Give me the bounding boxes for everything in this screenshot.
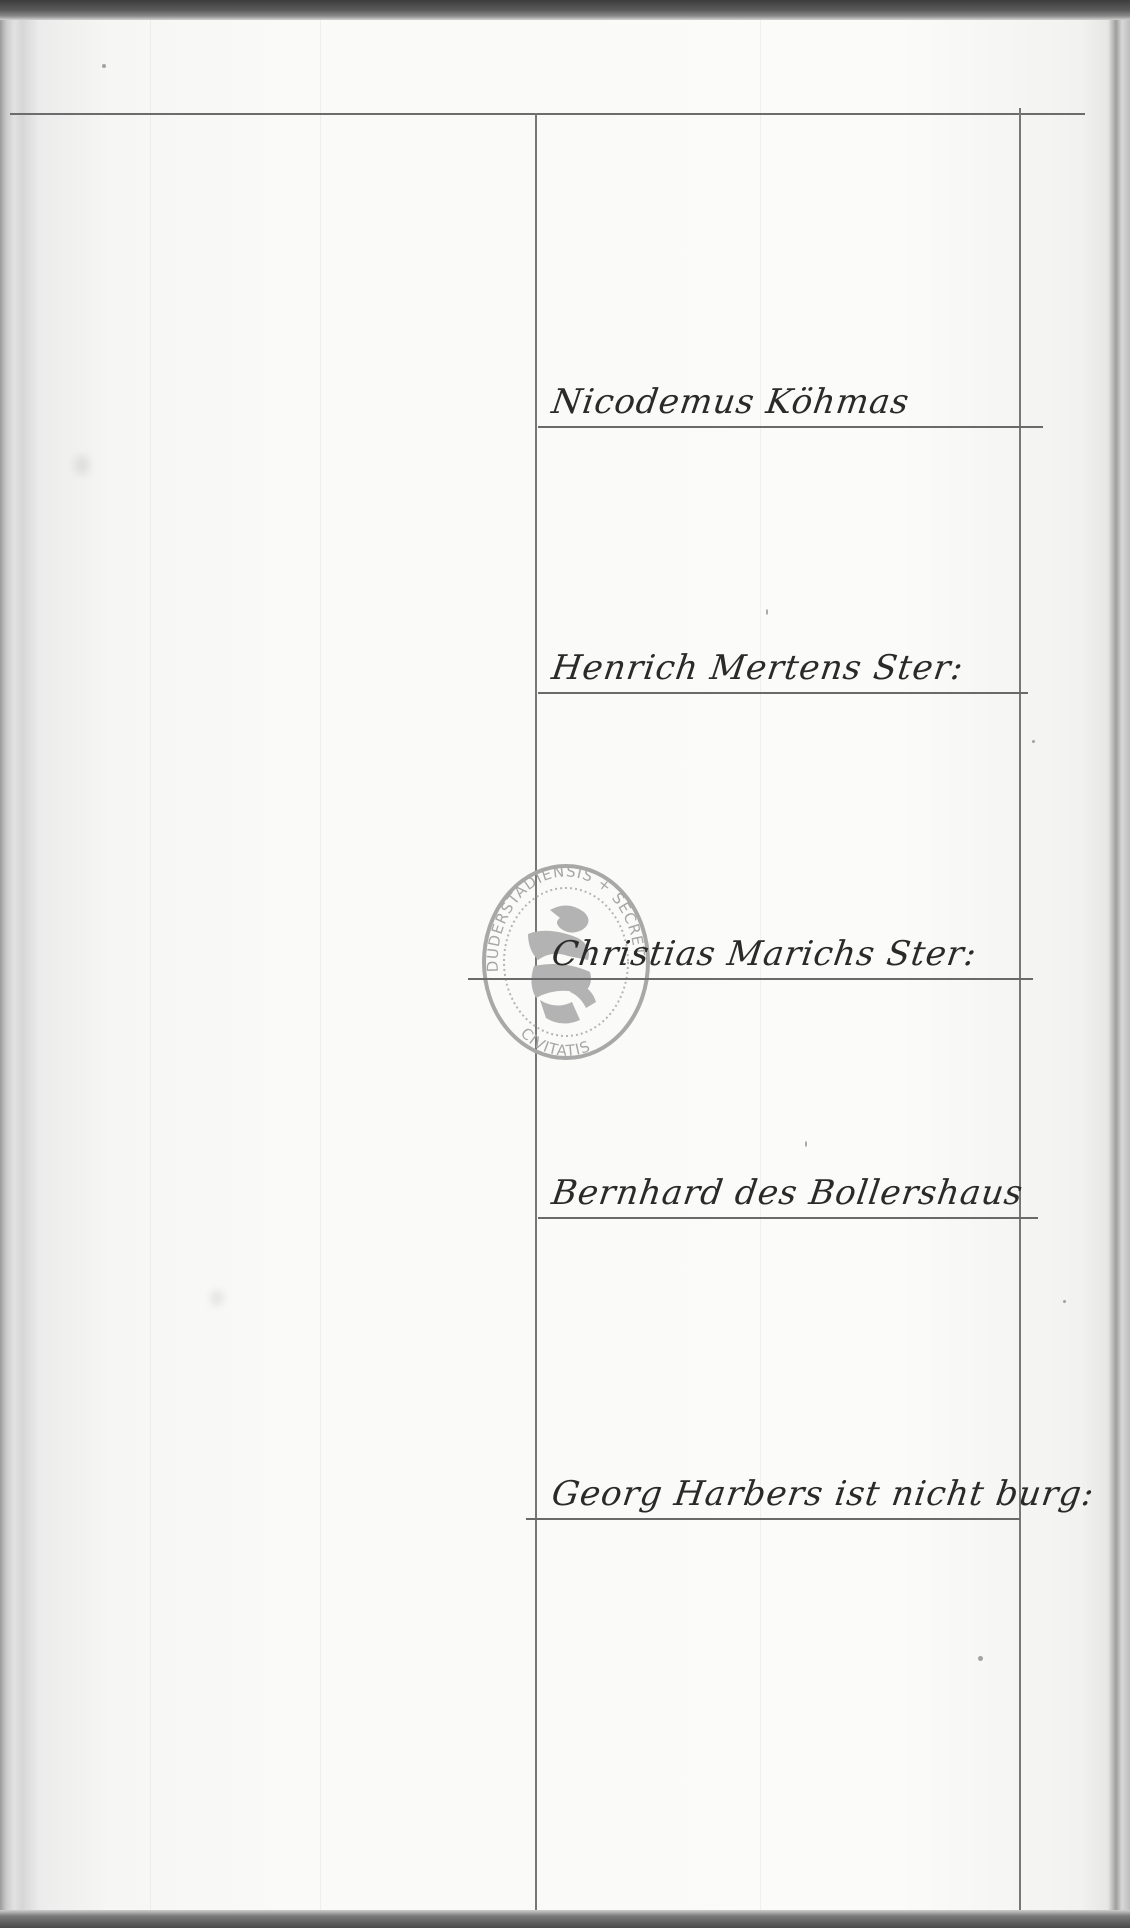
entry-name: Georg Harbers ist nicht burg: — [549, 1474, 1097, 1514]
top-header-rule — [10, 113, 1085, 115]
entry-underline — [538, 426, 1043, 428]
entry-name: Henrich Mertens Ster: — [549, 648, 966, 688]
paper-smudge — [74, 455, 90, 475]
entry-underline — [468, 978, 1033, 980]
entry-name: Bernhard des Bollershaus — [549, 1173, 1026, 1213]
entry-name: Nicodemus Köhmas — [549, 382, 912, 422]
entry-underline — [538, 692, 1028, 694]
paper-speck — [1063, 1300, 1066, 1303]
bottom-edge-shadow — [0, 1910, 1130, 1928]
ledger-entry: Bernhard des Bollershaus — [538, 1161, 1038, 1219]
paper-speck — [978, 1656, 983, 1661]
ledger-entry: Nicodemus Köhmas — [538, 370, 1038, 428]
svg-text:CIVITATIS: CIVITATIS — [517, 1024, 593, 1060]
ledger-entry: Henrich Mertens Ster: — [538, 636, 1038, 694]
paper-speck — [1032, 740, 1035, 743]
top-edge-shadow — [0, 0, 1130, 20]
ledger-entry: Christias Marichs Ster: — [538, 922, 1038, 980]
paper-texture — [320, 20, 321, 1910]
entry-underline — [526, 1518, 1020, 1520]
ledger-entry: Georg Harbers ist nicht burg: — [538, 1462, 1038, 1520]
entry-underline — [538, 1217, 1038, 1219]
paper-texture — [150, 20, 151, 1910]
paper-speck — [805, 1141, 807, 1147]
paper-speck — [102, 64, 106, 68]
entry-name: Christias Marichs Ster: — [549, 934, 979, 974]
paper-speck — [766, 609, 768, 615]
paper-smudge — [210, 1290, 224, 1306]
seal-legend-bottom: CIVITATIS — [517, 1024, 593, 1060]
ledger-page: DUDERSTADIENSIS + SECRETU CIVITATIS Nico… — [0, 0, 1130, 1928]
